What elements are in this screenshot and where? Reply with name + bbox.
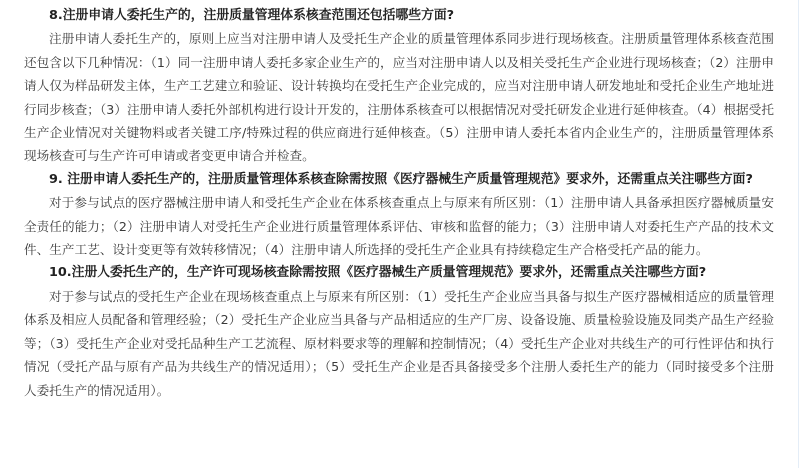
faq-section-9: 9. 注册申请人委托生产的，注册质量管理体系核查除需按照《医疗器械生产质量管理规… (24, 168, 774, 262)
faq-section-8: 8.注册申请人委托生产的，注册质量管理体系核查范围还包括哪些方面? 注册申请人委… (24, 4, 774, 168)
answer-paragraph: 注册申请人委托生产的，原则上应当对注册申请人及受托生产企业的质量管理体系同步进行… (24, 27, 774, 167)
answer-paragraph: 对于参与试点的受托生产企业在现场核查重点上与原来有所区别：（1）受托生产企业应当… (24, 285, 774, 402)
right-border-divider (798, 0, 799, 468)
question-title: 9. 注册申请人委托生产的，注册质量管理体系核查除需按照《医疗器械生产质量管理规… (24, 168, 774, 191)
question-title: 10.注册人委托生产的，生产许可现场核查除需按照《医疗器械生产质量管理规范》要求… (24, 261, 774, 284)
faq-section-10: 10.注册人委托生产的，生产许可现场核查除需按照《医疗器械生产质量管理规范》要求… (24, 261, 774, 401)
article-content: 8.注册申请人委托生产的，注册质量管理体系核查范围还包括哪些方面? 注册申请人委… (24, 4, 774, 402)
answer-paragraph: 对于参与试点的医疗器械注册申请人和受托生产企业在体系核查重点上与原来有所区别：（… (24, 191, 774, 261)
question-title: 8.注册申请人委托生产的，注册质量管理体系核查范围还包括哪些方面? (24, 4, 774, 27)
